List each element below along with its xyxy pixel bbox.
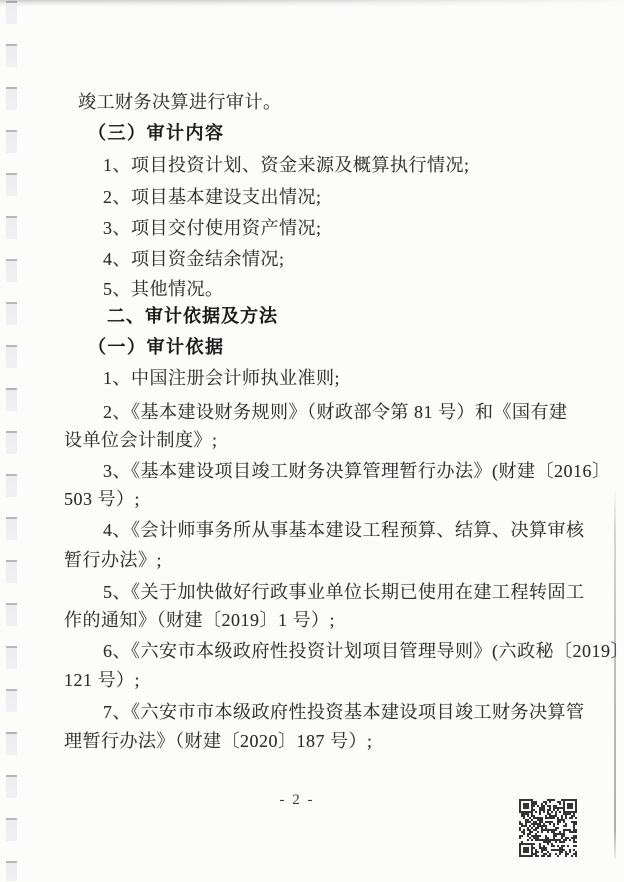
scan-top-edge-shadow [0, 0, 624, 7]
list-item: 5、其他情况。 [103, 277, 224, 301]
section-heading: （一）审计依据 [88, 335, 225, 359]
scanned-document-page: 竣工财务决算进行审计。 （三）审计内容 1、项目投资计划、资金来源及概算执行情况… [0, 0, 624, 882]
list-item-continuation: 暂行办法》; [64, 548, 162, 572]
list-item-continuation: 设单位会计制度》; [64, 428, 218, 452]
qr-code-image [519, 799, 577, 857]
list-item: 7、《六安市市本级政府性投资基本建设项目竣工财务决算管 [103, 700, 585, 724]
list-item: 3、项目交付使用资产情况; [103, 216, 322, 240]
section-heading: （三）审计内容 [88, 121, 225, 145]
list-item: 2、项目基本建设支出情况; [103, 185, 322, 209]
list-item: 4、《会计师事务所从事基本建设工程预算、结算、决算审核 [103, 518, 585, 542]
list-item: 5、《关于加快做好行政事业单位长期已使用在建工程转固工 [103, 580, 585, 604]
list-item-continuation: 503 号）; [64, 487, 140, 511]
list-item-continuation: 121 号）; [64, 668, 140, 692]
list-item: 4、项目资金结余情况; [103, 247, 285, 271]
qr-code-svg [519, 799, 577, 857]
list-item: 1、项目投资计划、资金来源及概算执行情况; [103, 153, 470, 177]
list-item: 1、中国注册会计师执业准则; [103, 366, 340, 390]
list-item-continuation: 理暂行办法》（财建〔2020〕187 号）; [64, 729, 373, 753]
binder-hole-marks [6, 1, 17, 881]
page-number: - 2 - [262, 792, 332, 809]
body-line: 竣工财务决算进行审计。 [78, 90, 282, 114]
list-item-continuation: 作的通知》（财建〔2019〕1 号）; [64, 608, 335, 632]
list-item: 3、《基本建设项目竣工财务决算管理暂行办法》(财建〔2016〕 [103, 459, 611, 483]
list-item: 2、《基本建设财务规则》（财政部令第 81 号）和《国有建 [103, 400, 568, 424]
list-item: 6、《六安市本级政府性投资计划项目管理导则》(六政秘〔2019〕 [103, 639, 624, 663]
page-edge-shadow [614, 487, 616, 859]
chapter-heading: 二、审计依据及方法 [107, 304, 278, 328]
